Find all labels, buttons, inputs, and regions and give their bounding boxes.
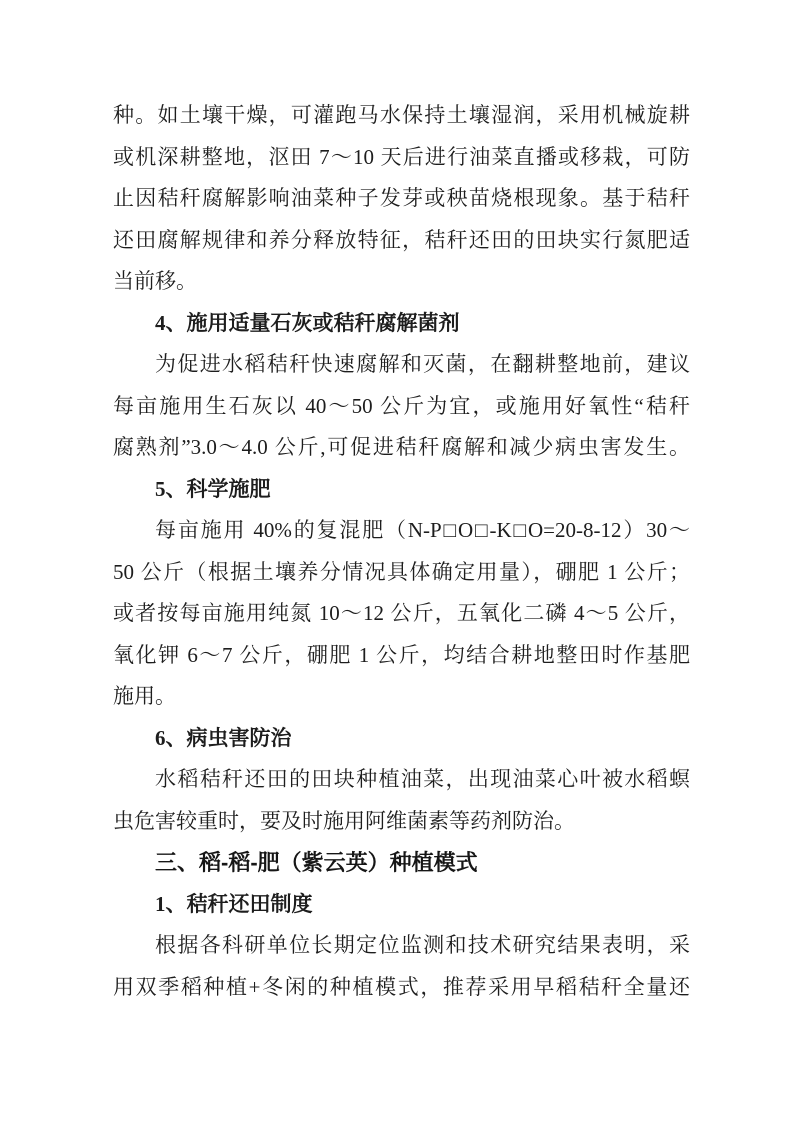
chapter-heading: 三、稻-稻-肥（紫云英）种植模式 [113,842,690,884]
paragraph-line: 50 公斤（根据土壤养分情况具体确定用量），硼肥 1 公斤； [113,552,690,594]
paragraph-line: 用双季稻种植+冬闲的种植模式，推荐采用早稻秸秆全量还 [113,967,690,1009]
paragraph-line: 当前移。 [113,261,690,303]
section-heading: 5、科学施肥 [113,469,690,511]
section-heading: 1、秸秆还田制度 [113,884,690,926]
paragraph-line: 还田腐解规律和养分释放特征，秸秆还田的田块实行氮肥适 [113,220,690,262]
document-page: 种。如土壤干燥，可灌跑马水保持土壤湿润，采用机械旋耕 或机深耕整地，沤田 7～1… [0,0,793,1122]
document-body: 种。如土壤干燥，可灌跑马水保持土壤湿润，采用机械旋耕 或机深耕整地，沤田 7～1… [113,95,690,1008]
paragraph-line: 水稻秸秆还田的田块种植油菜，出现油菜心叶被水稻螟 [113,759,690,801]
paragraph-line: 氧化钾 6～7 公斤，硼肥 1 公斤，均结合耕地整田时作基肥 [113,635,690,677]
section-heading: 4、施用适量石灰或秸秆腐解菌剂 [113,303,690,345]
paragraph-line: 或机深耕整地，沤田 7～10 天后进行油菜直播或移栽，可防 [113,137,690,179]
section-heading: 6、病虫害防治 [113,718,690,760]
paragraph-line: 每亩施用生石灰以 40～50 公斤为宜，或施用好氧性“秸秆 [113,386,690,428]
paragraph-line: 根据各科研单位长期定位监测和技术研究结果表明，采 [113,925,690,967]
paragraph-line: 止因秸秆腐解影响油菜种子发芽或秧苗烧根现象。基于秸秆 [113,178,690,220]
paragraph-line: 每亩施用 40%的复混肥（N-P□O□-K□O=20-8-12）30～ [113,510,690,552]
paragraph-line: 施用。 [113,676,690,718]
paragraph-line: 腐熟剂”3.0～4.0 公斤,可促进秸秆腐解和减少病虫害发生。 [113,427,690,469]
paragraph-line: 或者按每亩施用纯氮 10～12 公斤，五氧化二磷 4～5 公斤， [113,593,690,635]
paragraph-line: 为促进水稻秸秆快速腐解和灭菌，在翻耕整地前，建议 [113,344,690,386]
paragraph-line: 虫危害较重时，要及时施用阿维菌素等药剂防治。 [113,801,690,843]
paragraph-line: 种。如土壤干燥，可灌跑马水保持土壤湿润，采用机械旋耕 [113,95,690,137]
